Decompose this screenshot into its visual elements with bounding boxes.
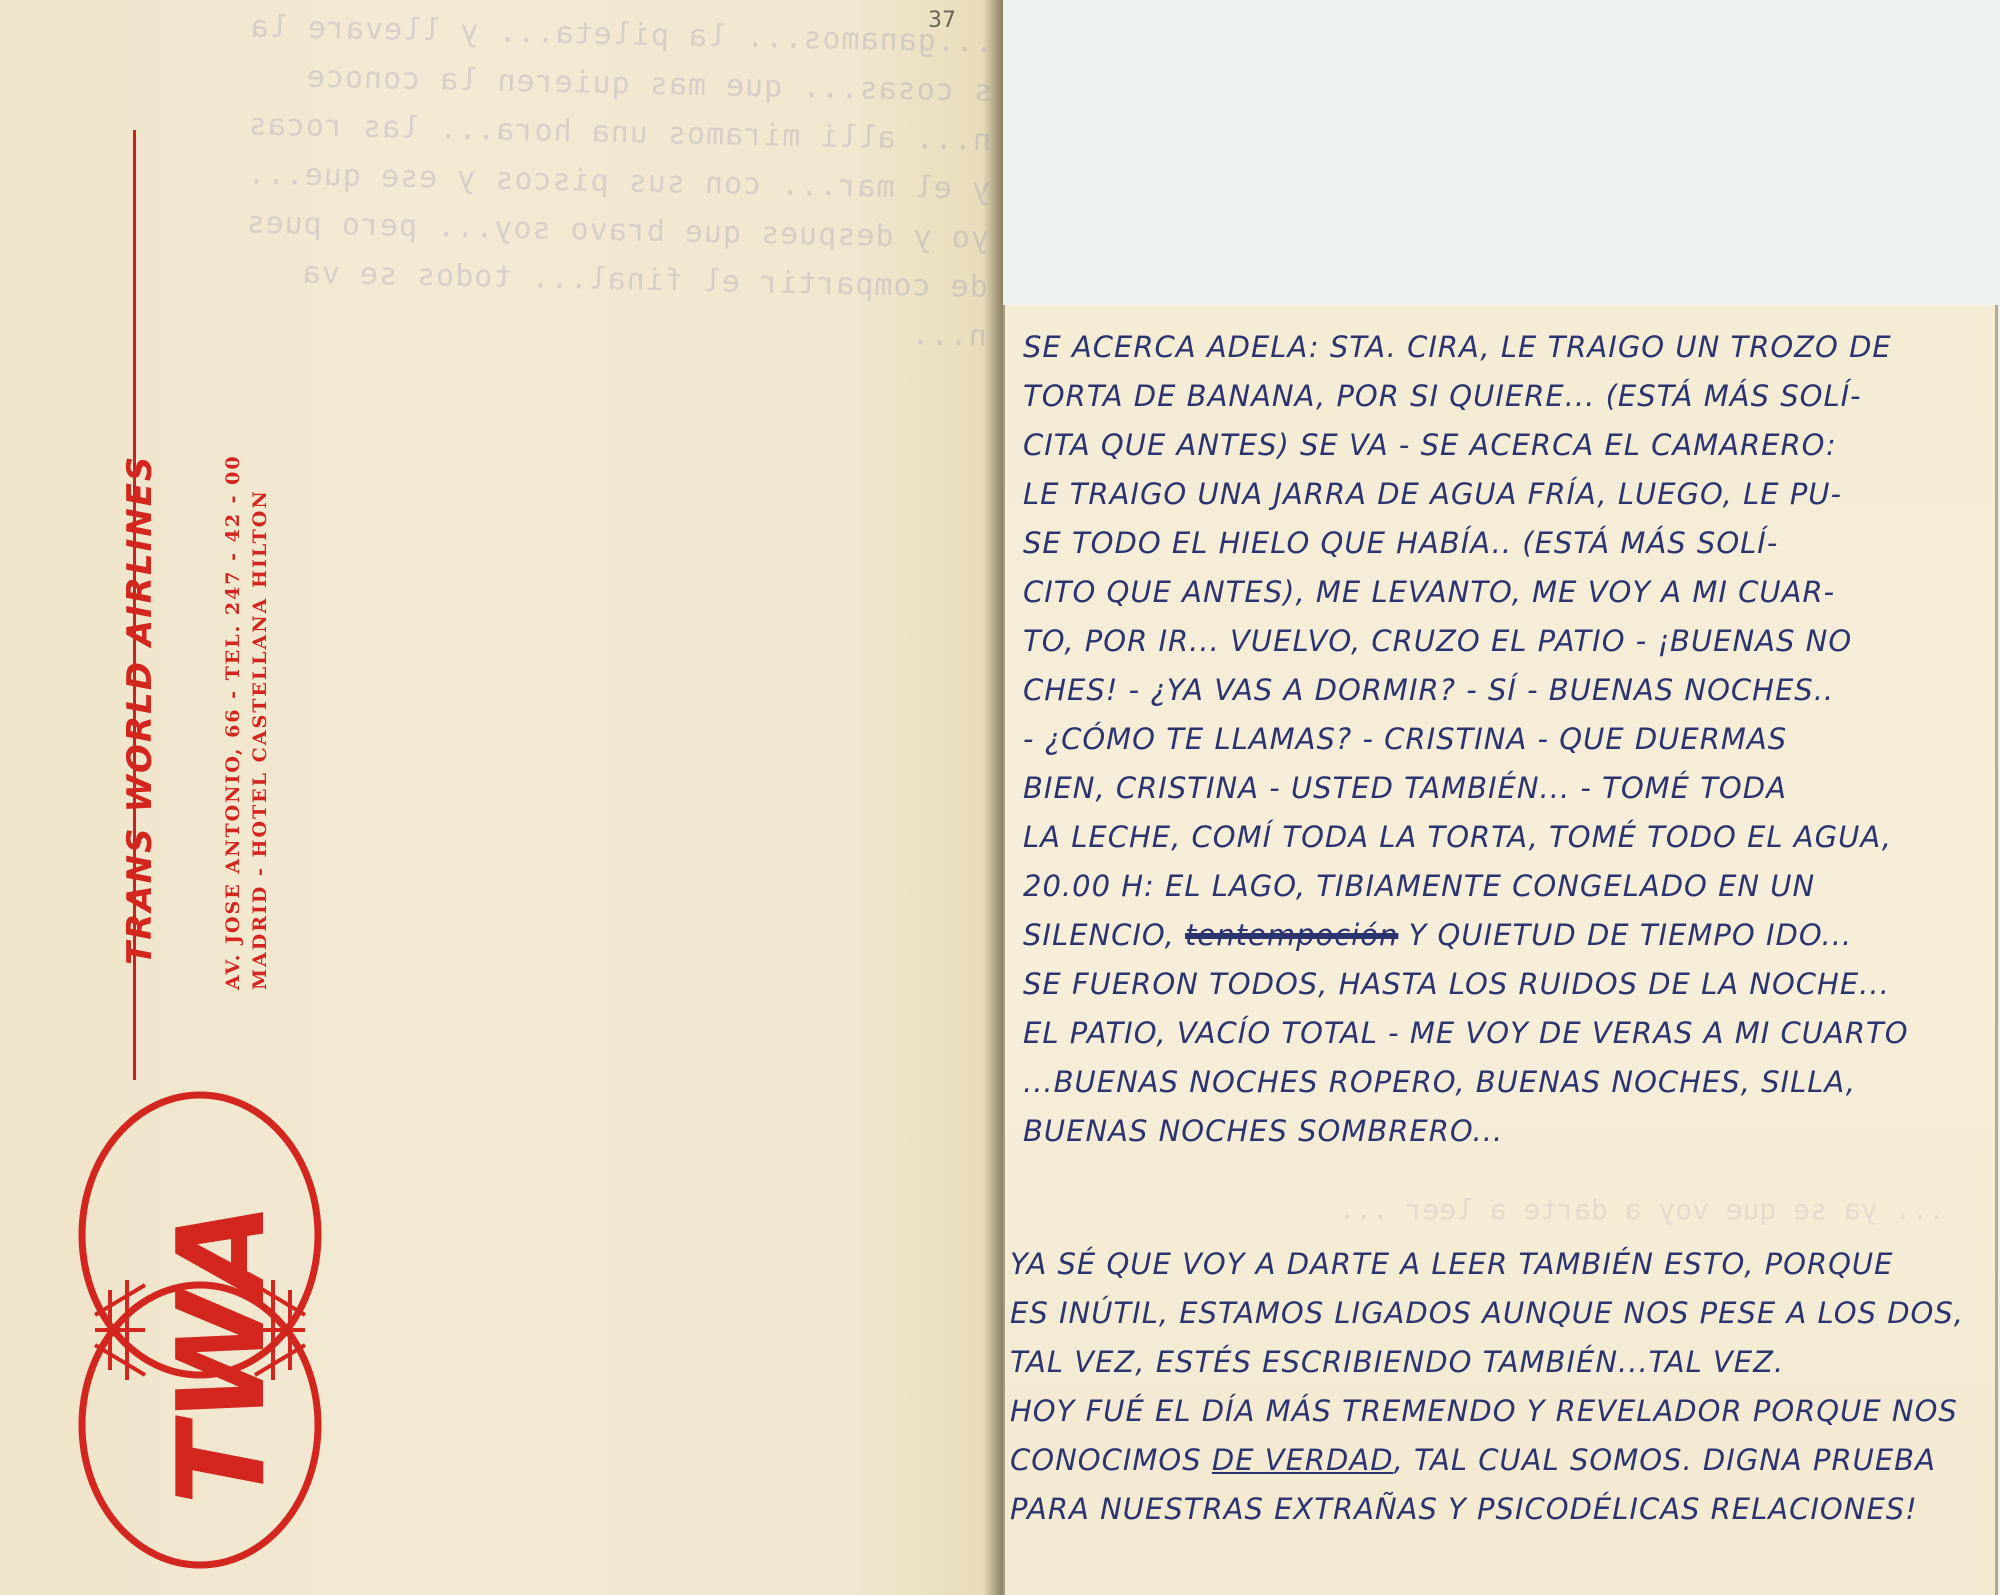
text-line: ...BUENAS NOCHES ROPERO, BUENAS NOCHES, … <box>1023 1058 1909 1107</box>
text-line: SE ACERCA ADELA: STA. CIRA, LE TRAIGO UN… <box>1023 323 1909 372</box>
text-line: CITA QUE ANTES) SE VA - SE ACERCA EL CAM… <box>1023 421 1909 470</box>
text-line-with-underline: CONOCIMOS DE VERDAD, TAL CUAL SOMOS. DIG… <box>1010 1436 1964 1485</box>
handwritten-paragraph-2: YA SÉ QUE VOY A DARTE A LEER TAMBIÉN EST… <box>1010 1240 1964 1534</box>
text-line: TO, POR IR... VUELVO, CRUZO EL PATIO - ¡… <box>1023 617 1909 666</box>
text-line: BUENAS NOCHES SOMBRERO... <box>1023 1107 1909 1156</box>
text-line-with-strikethrough: SILENCIO, tentempoción Y QUIETUD DE TIEM… <box>1023 911 1909 960</box>
text-fragment: CONOCIMOS <box>1010 1443 1212 1477</box>
text-line: TAL VEZ, ESTÉS ESCRIBIENDO TAMBIÉN...TAL… <box>1010 1338 1964 1387</box>
address-line-2: MADRID - HOTEL CASTELLANA HILTON <box>247 454 274 990</box>
letterhead-page: ...ganamos... la pileta... y llevare las… <box>0 0 1003 1595</box>
text-line: LE TRAIGO UNA JARRA DE AGUA FRÍA, LUEGO,… <box>1023 470 1909 519</box>
text-line: LA LECHE, COMÍ TODA LA TORTA, TOMÉ TODO … <box>1023 813 1909 862</box>
scanner-background <box>1003 0 2000 310</box>
text-line: EL PATIO, VACÍO TOTAL - ME VOY DE VERAS … <box>1023 1009 1909 1058</box>
text-fragment: SILENCIO, <box>1023 918 1185 952</box>
text-line: 20.00 H: EL LAGO, TIBIAMENTE CONGELADO E… <box>1023 862 1909 911</box>
text-line: SE TODO EL HIELO QUE HABÍA.. (ESTÁ MÁS S… <box>1023 519 1909 568</box>
struck-out-word: tentempoción <box>1185 918 1398 952</box>
letterhead-address: AV. JOSE ANTONIO, 66 - TEL. 247 - 42 - 0… <box>220 454 274 990</box>
address-line-1: AV. JOSE ANTONIO, 66 - TEL. 247 - 42 - 0… <box>220 454 247 990</box>
page-number: 37 <box>928 8 956 33</box>
text-line: SE FUERON TODOS, HASTA LOS RUIDOS DE LA … <box>1023 960 1909 1009</box>
text-fragment: , TAL CUAL SOMOS. DIGNA PRUEBA <box>1394 1443 1936 1477</box>
text-line: HOY FUÉ EL DÍA MÁS TREMENDO Y REVELADOR … <box>1010 1387 1964 1436</box>
handwritten-paragraph-1: SE ACERCA ADELA: STA. CIRA, LE TRAIGO UN… <box>1023 323 1909 1156</box>
underlined-phrase: DE VERDAD <box>1212 1443 1394 1477</box>
text-line: ES INÚTIL, ESTAMOS LIGADOS AUNQUE NOS PE… <box>1010 1289 1964 1338</box>
airline-name: TRANS WORLD AIRLINES <box>120 455 160 965</box>
text-line: - ¿CÓMO TE LLAMAS? - CRISTINA - QUE DUER… <box>1023 715 1909 764</box>
text-line: BIEN, CRISTINA - USTED TAMBIÉN... - TOMÉ… <box>1023 764 1909 813</box>
text-line: CHES! - ¿YA VAS A DORMIR? - SÍ - BUENAS … <box>1023 666 1909 715</box>
text-fragment: Y QUIETUD DE TIEMPO IDO... <box>1398 918 1852 952</box>
twa-globe-logo-icon: TWA <box>75 1085 325 1575</box>
text-line: TORTA DE BANANA, POR SI QUIERE... (ESTÁ … <box>1023 372 1909 421</box>
bleed-through-text-right: ... ya se que voy a darte a leer ... <box>1045 1185 1945 1234</box>
text-line: CITO QUE ANTES), ME LEVANTO, ME VOY A MI… <box>1023 568 1909 617</box>
handwritten-page: ... ya se que voy a darte a leer ... SE … <box>1003 305 1998 1595</box>
text-line: PARA NUESTRAS EXTRAÑAS Y PSICODÉLICAS RE… <box>1010 1485 1964 1534</box>
text-line: YA SÉ QUE VOY A DARTE A LEER TAMBIÉN EST… <box>1010 1240 1964 1289</box>
bleed-through-text: ...ganamos... la pileta... y llevare las… <box>226 2 993 361</box>
svg-text:TWA: TWA <box>153 1202 292 1505</box>
